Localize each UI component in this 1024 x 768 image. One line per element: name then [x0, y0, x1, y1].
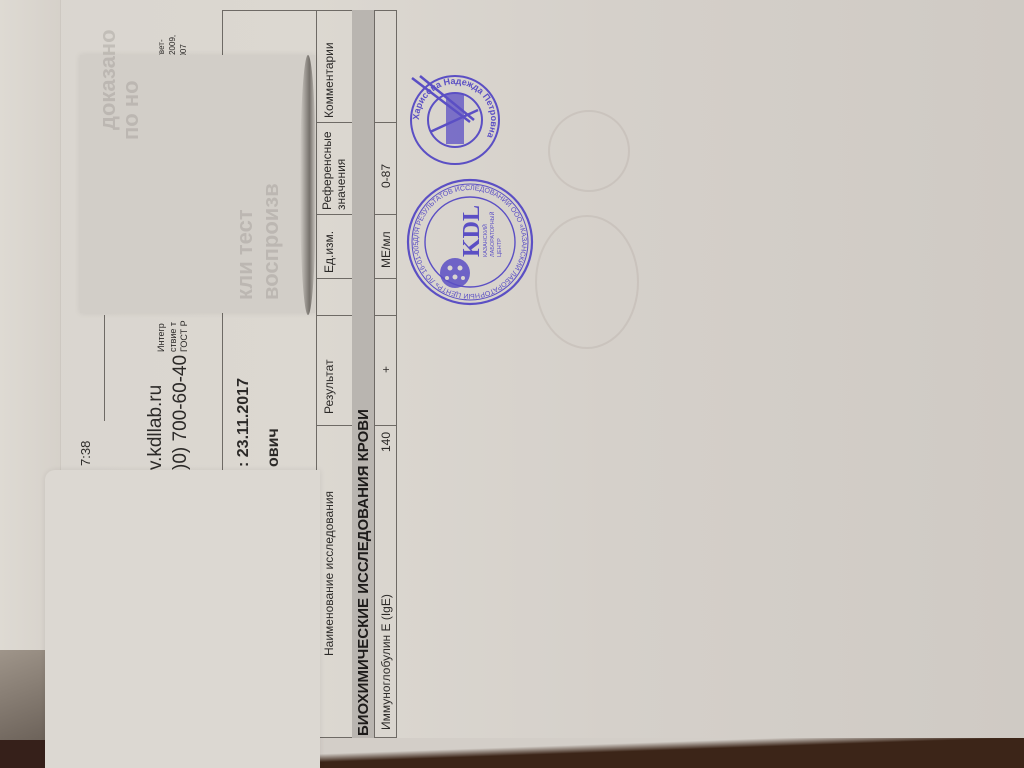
col-sep-result — [316, 425, 352, 426]
globe-icon — [440, 258, 470, 288]
ghost-text: воспроизв — [258, 183, 284, 300]
fold-shadow — [300, 55, 316, 315]
test-name: Иммуноглобулин Е (IgE) — [379, 594, 393, 730]
header-unit: Ед.изм. — [322, 231, 336, 273]
section-title: БИОХИМИЧЕСКИЕ ИССЛЕДОВАНИЯ КРОВИ — [355, 409, 372, 736]
header-result: Результат — [322, 359, 336, 414]
print-time: 7:38 — [78, 441, 93, 466]
covering-sheet-bottom — [45, 470, 320, 768]
collection-date: 23.11.2017 — [235, 378, 252, 457]
header-divider — [104, 315, 105, 421]
test-result: 140 — [379, 432, 393, 452]
col-sep-flag-row — [374, 315, 396, 316]
patient-name: ович — [265, 428, 283, 467]
date-prefix: : — [235, 462, 252, 467]
col-sep-result-row — [374, 425, 396, 426]
test-flag: + — [379, 366, 393, 373]
col-sep-reference — [316, 214, 352, 215]
col-sep-comments-row — [374, 122, 396, 123]
kdl-logo: KDL — [459, 205, 485, 257]
col-sep-unit — [316, 278, 352, 279]
svg-text:КАЗАНСКИЙ: КАЗАНСКИЙ — [481, 224, 489, 257]
date-label: : 23.11.2017 — [235, 378, 253, 467]
personal-stamp: Харисова Надежда Петровна — [400, 70, 510, 170]
test-reference: 0-87 — [379, 164, 393, 188]
header-reference: Референсные значения — [320, 120, 348, 210]
cert-line-2: ствие т — [168, 322, 178, 352]
section-border — [374, 10, 375, 738]
header-comments: Комментарии — [322, 42, 336, 118]
paper-edge — [300, 738, 1024, 768]
ghost-text: по но — [118, 80, 144, 140]
test-unit: МЕ/мл — [379, 231, 393, 268]
col-sep-unit-row — [374, 278, 396, 279]
lab-website: v.kdllab.ru — [145, 385, 167, 470]
svg-text:ЦЕНТР: ЦЕНТР — [497, 238, 503, 257]
faint-stamp-imprint — [535, 215, 639, 349]
faint-stamp-imprint — [548, 110, 630, 192]
header-name: Наименование исследования — [322, 491, 336, 656]
lab-phone: )0) 700-60-40 — [170, 355, 192, 470]
col-sep-reference-row — [374, 214, 396, 215]
cert-line-3: ГОСТ Р — [179, 320, 189, 352]
cert-line-1: Интегр — [156, 323, 166, 352]
svg-text:ЛАБОРАТОРНЫЙ: ЛАБОРАТОРНЫЙ — [488, 211, 496, 257]
ghost-text: кли тест — [232, 209, 258, 300]
lab-stamp: ДЛЯ РЕЗУЛЬТАТОВ ИССЛЕДОВАНИЙ ООО «КАЗАНС… — [405, 175, 535, 310]
table-right-border — [396, 10, 397, 738]
col-sep-flag — [316, 315, 352, 316]
